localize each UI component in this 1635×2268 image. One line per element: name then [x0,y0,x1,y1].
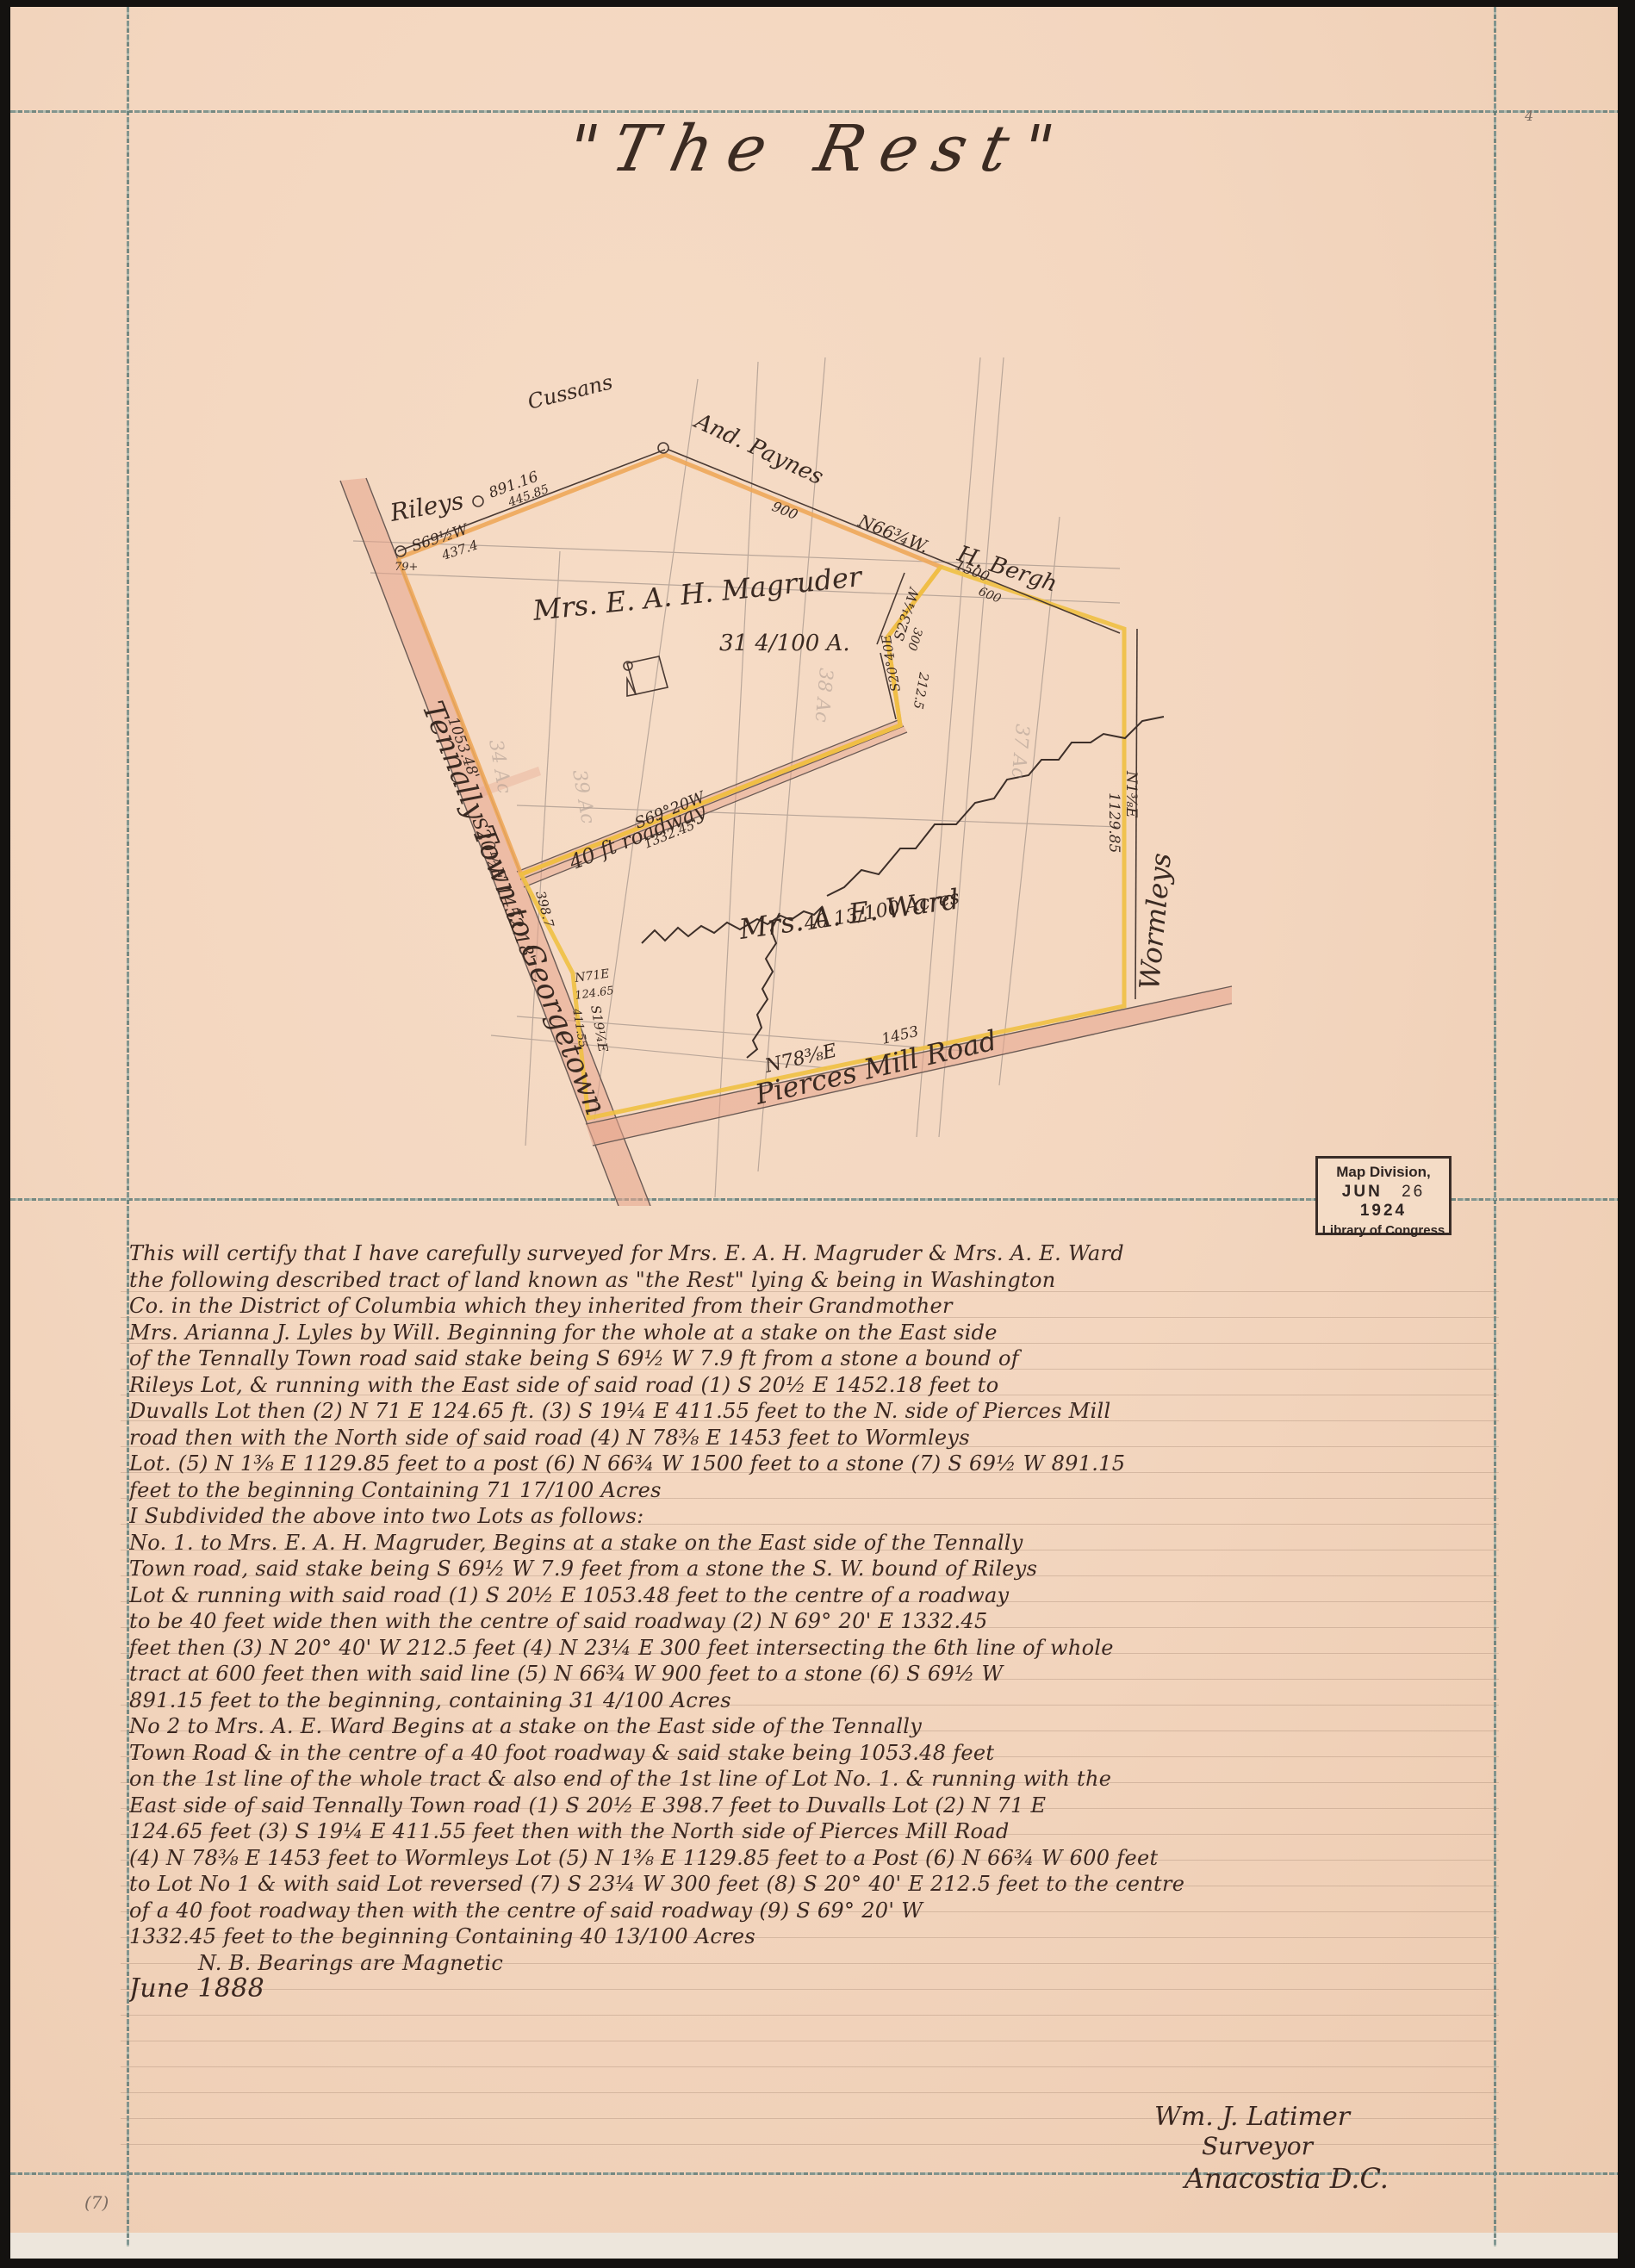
pencil-note-4: 37 Ac [1007,723,1033,779]
label-magruder-owner: Mrs. E. A. H. Magruder [531,560,865,627]
survey-plat: Rileys Cussans And. Paynes H. Bergh Worm… [0,0,1635,1206]
cert-line: 124.65 feet (3) S 19¼ E 411.55 feet then… [129,1818,1508,1845]
house-icon [624,656,668,696]
cert-line: Town Road & in the centre of a 40 foot r… [129,1740,1508,1767]
cert-line: road then with the North side of said ro… [129,1425,1508,1451]
cert-line: No. 1. to Mrs. E. A. H. Magruder, Begins… [129,1530,1508,1557]
label-wormleys: Wormleys [1133,852,1178,991]
signature-place: Anacostia D.C. [1184,2162,1389,2195]
cert-line: 891.15 feet to the beginning, containing… [129,1687,1508,1714]
cert-line: Town road, said stake being S 69½ W 7.9 … [129,1556,1508,1582]
stamp-date: JUN 26 1924 [1318,1183,1449,1221]
cert-line: East side of said Tennally Town road (1)… [129,1793,1508,1819]
bearing-14: 79+ [395,561,418,574]
label-and-paynes: And. Paynes [689,407,827,490]
stamp-map-division: Map Division, [1318,1164,1449,1181]
cert-line: tract at 600 feet then with said line (5… [129,1661,1508,1687]
paper-edge [10,2233,1618,2259]
bearing-5-distance: 212.5 [911,670,932,710]
cert-line: This will certify that I have carefully … [129,1240,1508,1267]
cert-line: Mrs. Arianna J. Lyles by Will. Beginning… [129,1320,1508,1346]
cert-line: 1332.45 feet to the beginning Containing… [129,1923,1508,1950]
label-magruder-area: 31 4/100 A. [719,631,850,656]
marginal-note-top-right: 4 [1525,108,1533,124]
cert-line-nb: N. B. Bearings are Magnetic [129,1950,1508,1977]
cert-date: June 1888 [129,1976,1508,2003]
label-cussans: Cussans [525,370,615,413]
label-rileys: Rileys [388,487,466,528]
cert-line: of the Tennally Town road said stake bei… [129,1345,1508,1372]
signature-title: Surveyor [1202,2132,1313,2160]
certificate-text: This will certify that I have carefully … [129,1240,1508,2003]
cert-line: on the 1st line of the whole tract & als… [129,1766,1508,1793]
cert-line: Co. in the District of Columbia which th… [129,1293,1508,1320]
stamp-year: 1924 [1360,1202,1407,1220]
cert-line: Lot. (5) N 1⅜ E 1129.85 feet to a post (… [129,1451,1508,1477]
cert-line: feet then (3) N 20° 40' W 212.5 feet (4)… [129,1635,1508,1662]
cert-line: Lot & running with said road (1) S 20½ E… [129,1582,1508,1609]
bearing-9-distance: 124.65 [574,985,614,1003]
bearing-8: S19¼E [587,1004,611,1053]
cert-line: I Subdivided the above into two Lots as … [129,1503,1508,1530]
cert-line: No 2 to Mrs. A. E. Ward Begins at a stak… [129,1713,1508,1740]
bearing-3: N66¾W. [855,510,931,557]
signature-name: Wm. J. Latimer [1154,2102,1350,2132]
pencil-note-2: 39 Ac [568,768,599,826]
bearing-6: N1⅜E [1122,770,1140,818]
library-of-congress-stamp: Map Division, JUN 26 1924 Library of Con… [1315,1156,1452,1235]
marginal-note-bottom-left: (7) [84,2192,109,2213]
stream [642,717,1164,1058]
pencil-note-3: 38 Ac [811,667,836,723]
cert-line: (4) N 78⅜ E 1453 feet to Wormleys Lot (5… [129,1845,1508,1872]
cert-line: to Lot No 1 & with said Lot reversed (7)… [129,1871,1508,1898]
cert-line: feet to the beginning Containing 71 17/1… [129,1477,1508,1504]
stamp-day: 26 [1402,1183,1425,1201]
bearing-6-distance: 1129.85 [1105,792,1122,853]
cert-line: to be 40 feet wide then with the centre … [129,1608,1508,1635]
cert-line: the following described tract of land kn… [129,1267,1508,1294]
bearing-9: N71E [573,967,610,986]
stamp-month: JUN [1342,1183,1383,1201]
stamp-library: Library of Congress [1318,1223,1449,1238]
cert-line: Duvalls Lot then (2) N 71 E 124.65 ft. (… [129,1398,1508,1425]
cert-line: Rileys Lot, & running with the East side… [129,1372,1508,1399]
cert-line: of a 40 foot roadway then with the centr… [129,1898,1508,1924]
